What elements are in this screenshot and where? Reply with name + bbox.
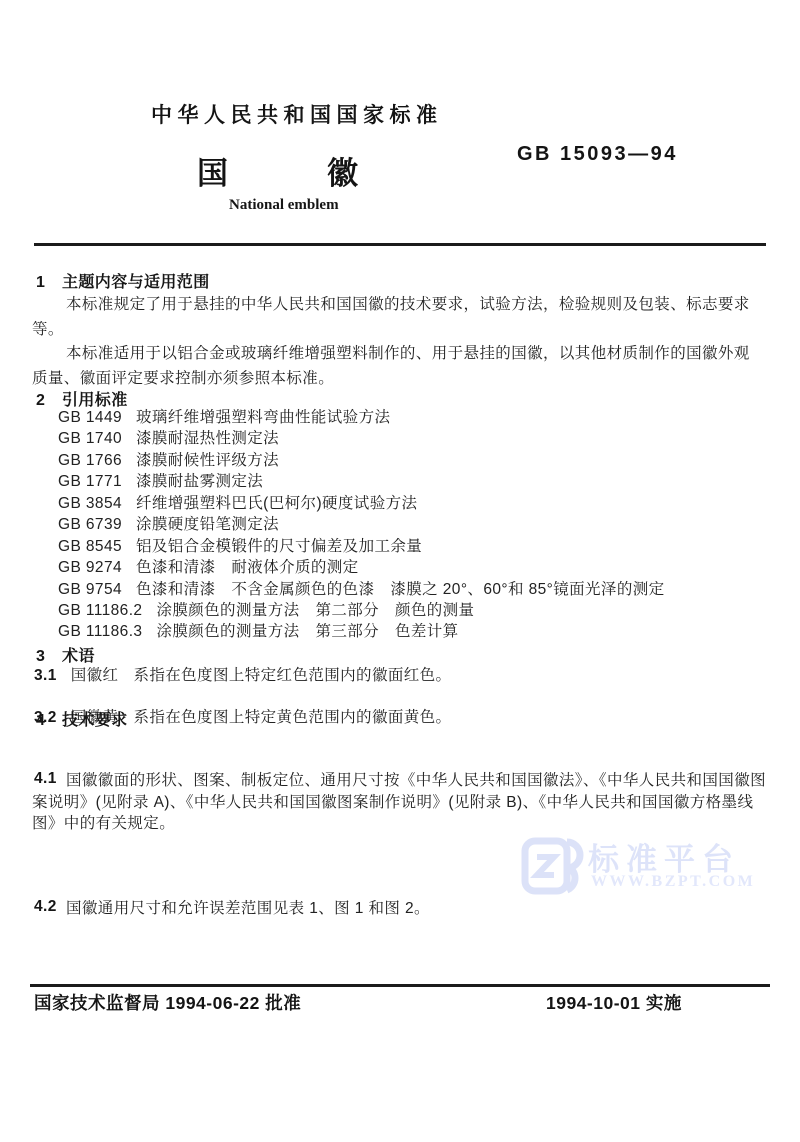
reference-item: GB 1771漆膜耐盐雾测定法 — [32, 471, 770, 492]
reference-item: GB 11186.3涂膜颜色的测量方法 第三部分 色差计算 — [32, 621, 770, 642]
reference-item: GB 1766漆膜耐候性评级方法 — [32, 450, 770, 471]
page-title: 国徽 — [197, 148, 457, 193]
section-1-paragraph-2: 本标准适用于以铝合金或玻璃纤维增强塑料制作的、用于悬挂的国徽，以其他材质制作的国… — [32, 342, 770, 391]
reference-title: 色漆和清漆 耐液体介质的测定 — [136, 559, 359, 576]
clause-number: 3.1 — [34, 667, 57, 684]
term-definition: 3.1国徽红系指在色度图上特定红色范围内的徽面红色。 — [32, 665, 770, 686]
section-number: 1 — [36, 274, 46, 292]
reference-item: GB 8545铝及铝合金模锻件的尺寸偏差及加工余量 — [32, 536, 770, 557]
clause-text: 国徽通用尺寸和允许误差范围见表 1、图 1 和图 2。 — [32, 898, 770, 920]
section-title: 术语 — [62, 648, 95, 665]
reference-item: GB 1740漆膜耐湿热性测定法 — [32, 428, 770, 449]
reference-title: 铝及铝合金模锻件的尺寸偏差及加工余量 — [136, 538, 422, 555]
reference-title: 涂膜颜色的测量方法 第三部分 色差计算 — [156, 623, 458, 640]
clause-number: 4.2 — [34, 898, 57, 916]
bzpt-watermark-logo-icon — [520, 836, 586, 896]
section-number: 3 — [36, 648, 46, 666]
section-title: 技术要求 — [62, 712, 128, 729]
header-rule — [34, 243, 766, 246]
page-title-english: National emblem — [229, 197, 339, 214]
reference-item: GB 1449玻璃纤维增强塑料弯曲性能试验方法 — [32, 407, 770, 428]
document-page: 中华人民共和国国家标准 GB 15093—94 国徽 National embl… — [0, 0, 800, 1142]
document-code: GB 15093—94 — [517, 143, 678, 166]
reference-item: GB 11186.2涂膜颜色的测量方法 第二部分 颜色的测量 — [32, 600, 770, 621]
section-title: 主题内容与适用范围 — [62, 274, 210, 291]
reference-title: 漆膜耐盐雾测定法 — [136, 473, 263, 490]
section-3-heading: 3术语 — [32, 643, 770, 666]
reference-title: 色漆和清漆 不含金属颜色的色漆 漆膜之 20°、60°和 85°镜面光泽的测定 — [136, 581, 665, 598]
section-1-heading: 1主题内容与适用范围 — [32, 269, 770, 292]
reference-item: GB 6739涂膜硬度铅笔测定法 — [32, 514, 770, 535]
reference-title: 漆膜耐候性评级方法 — [136, 452, 279, 469]
reference-list: GB 1449玻璃纤维增强塑料弯曲性能试验方法 GB 1740漆膜耐湿热性测定法… — [32, 407, 770, 643]
reference-title: 玻璃纤维增强塑料弯曲性能试验方法 — [136, 409, 390, 426]
reference-code: GB 1740 — [58, 428, 122, 449]
clause-4-2: 4.2 国徽通用尺寸和允许误差范围见表 1、图 1 和图 2。 — [32, 898, 770, 920]
footer-approval-text: 国家技术监督局 1994-06-22 批准 — [34, 990, 301, 1015]
term-name: 国徽红 — [71, 667, 119, 684]
footer-rule — [30, 984, 770, 987]
clause-4-1: 4.1 国徽徽面的形状、图案、制板定位、通用尺寸按《中华人民共和国国徽法》、《中… — [32, 770, 770, 835]
watermark-url-text: WWW.BZPT.COM — [591, 873, 755, 891]
watermark-brand-text: 标准平台 — [588, 834, 740, 879]
section-number: 4 — [36, 712, 46, 730]
reference-item: GB 9274色漆和清漆 耐液体介质的测定 — [32, 557, 770, 578]
reference-code: GB 9754 — [58, 579, 122, 600]
reference-code: GB 1449 — [58, 407, 122, 428]
reference-item: GB 3854纤维增强塑料巴氏(巴柯尔)硬度试验方法 — [32, 493, 770, 514]
reference-title: 涂膜硬度铅笔测定法 — [136, 516, 279, 533]
reference-code: GB 11186.3 — [58, 621, 142, 642]
footer-implementation-text: 1994-10-01 实施 — [546, 990, 682, 1015]
reference-code: GB 3854 — [58, 493, 122, 514]
clause-text: 国徽徽面的形状、图案、制板定位、通用尺寸按《中华人民共和国国徽法》、《中华人民共… — [32, 770, 770, 835]
reference-code: GB 9274 — [58, 557, 122, 578]
reference-code: GB 11186.2 — [58, 600, 142, 621]
reference-code: GB 6739 — [58, 514, 122, 535]
section-4-heading: 4技术要求 — [32, 707, 770, 730]
reference-title: 漆膜耐湿热性测定法 — [136, 430, 279, 447]
reference-title: 涂膜颜色的测量方法 第二部分 颜色的测量 — [156, 602, 474, 619]
clause-number: 4.1 — [34, 770, 57, 788]
reference-item: GB 9754色漆和清漆 不含金属颜色的色漆 漆膜之 20°、60°和 85°镜… — [32, 579, 770, 600]
reference-code: GB 1771 — [58, 471, 122, 492]
standard-label: 中华人民共和国国家标准 — [151, 99, 443, 129]
reference-title: 纤维增强塑料巴氏(巴柯尔)硬度试验方法 — [136, 495, 417, 512]
reference-code: GB 1766 — [58, 450, 122, 471]
reference-code: GB 8545 — [58, 536, 122, 557]
section-1-paragraph-1: 本标准规定了用于悬挂的中华人民共和国国徽的技术要求，试验方法，检验规则及包装、标… — [32, 293, 770, 342]
term-text: 系指在色度图上特定红色范围内的徽面红色。 — [133, 667, 451, 684]
